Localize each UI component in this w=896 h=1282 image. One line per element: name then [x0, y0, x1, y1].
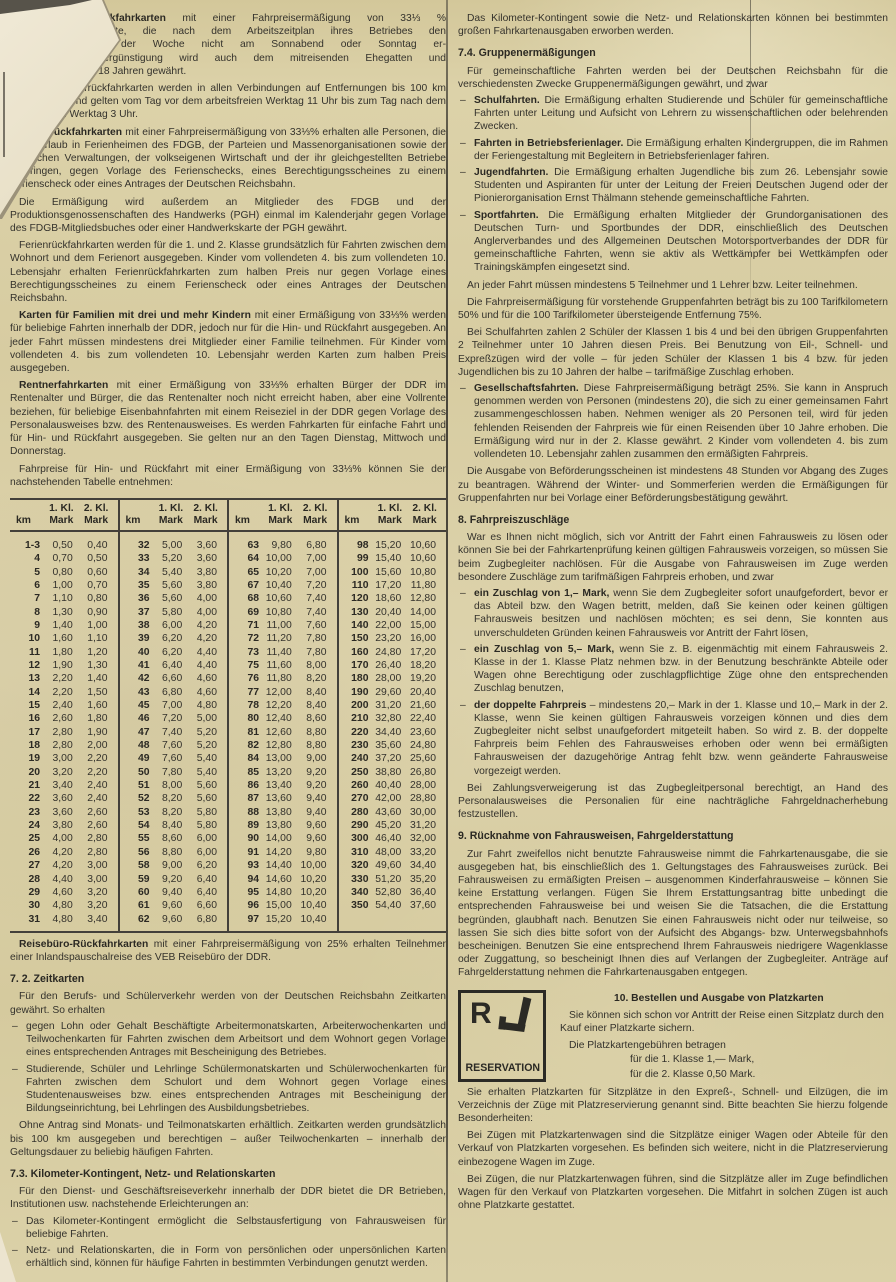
fare-km-cell: 10 — [14, 632, 44, 645]
fare-table-rows: 1-30,500,4040,700,5050,800,6061,000,7071… — [10, 532, 118, 931]
fare-km-cell: 260 — [343, 779, 373, 792]
fare-price-1kl-cell: 10,20 — [263, 566, 298, 579]
fare-price-2kl-cell: 3,00 — [79, 873, 114, 886]
fare-km-cell: 65 — [233, 566, 263, 579]
fare-table-row: 487,605,20 — [124, 739, 224, 752]
fare-price-1kl-cell: 2,40 — [44, 699, 79, 712]
paragraph: Rentnerfahrkarten mit einer Ermäßigung v… — [10, 379, 446, 458]
fare-header-class2: 2. Kl. — [407, 503, 442, 515]
fare-price-1kl-cell: 51,20 — [373, 873, 408, 886]
fare-table-header: 1. Kl.2. Kl.kmMarkMark — [229, 500, 337, 532]
fare-table-row: 32049,6034,40 — [343, 859, 443, 872]
fare-table-row: 629,606,80 — [124, 913, 224, 926]
fare-price-1kl-cell: 1,60 — [44, 632, 79, 645]
fare-km-cell: 38 — [124, 619, 154, 632]
fare-price-2kl-cell: 4,20 — [188, 632, 223, 645]
dash-item: –Das Kilometer-Kontingent ermöglicht die… — [10, 1215, 446, 1241]
fare-table-row: 7812,208,40 — [233, 699, 333, 712]
fare-km-cell: 240 — [343, 752, 373, 765]
fare-table-row: 20031,2021,60 — [343, 699, 443, 712]
fare-price-1kl-cell: 5,00 — [154, 539, 189, 552]
fare-price-2kl-cell: 5,60 — [188, 792, 223, 805]
fare-price-2kl-cell: 6,80 — [298, 539, 333, 552]
fare-table-row: 7511,608,00 — [233, 659, 333, 672]
fare-table-row: 243,802,60 — [14, 819, 114, 832]
fare-table-row: 436,804,60 — [124, 686, 224, 699]
fare-price-1kl-cell: 5,20 — [154, 552, 189, 565]
fare-price-2kl-cell: 1,40 — [79, 672, 114, 685]
fare-km-cell: 280 — [343, 806, 373, 819]
stamp-letter: R — [470, 999, 492, 1029]
fare-table-group: 1. Kl.2. Kl.kmMarkMark325,003,60335,203,… — [118, 500, 228, 931]
fare-price-1kl-cell: 8,20 — [154, 792, 189, 805]
fare-price-1kl-cell: 11,20 — [263, 632, 298, 645]
fare-price-1kl-cell: 8,00 — [154, 779, 189, 792]
fare-price-1kl-cell: 13,60 — [263, 792, 298, 805]
fare-table-row: 8513,209,20 — [233, 766, 333, 779]
fare-price-1kl-cell: 9,80 — [263, 539, 298, 552]
fare-price-1kl-cell: 31,20 — [373, 699, 408, 712]
fare-table-row: 17026,4018,20 — [343, 659, 443, 672]
fare-km-cell: 300 — [343, 832, 373, 845]
fare-km-cell: 15 — [14, 699, 44, 712]
fare-price-1kl-cell: 7,80 — [154, 766, 189, 779]
fare-km-cell: 47 — [124, 726, 154, 739]
fare-price-1kl-cell: 8,80 — [154, 846, 189, 859]
fare-price-2kl-cell: 3,60 — [188, 539, 223, 552]
fare-km-cell: 4 — [14, 552, 44, 565]
fare-km-cell: 93 — [233, 859, 263, 872]
fare-km-cell: 35 — [124, 579, 154, 592]
fare-price-1kl-cell: 4,20 — [44, 846, 79, 859]
fare-table-row: 497,605,40 — [124, 752, 224, 765]
fare-header-km: km — [124, 515, 154, 527]
fare-km-cell: 27 — [14, 859, 44, 872]
fare-price-2kl-cell: 8,80 — [298, 739, 333, 752]
fare-km-cell: 100 — [343, 566, 373, 579]
fare-table-row: 22034,4023,60 — [343, 726, 443, 739]
fare-table-row: 568,806,00 — [124, 846, 224, 859]
paragraph: Das Kilometer-Kontingent sowie die Netz-… — [458, 12, 888, 38]
fare-table-row: 8212,808,80 — [233, 739, 333, 752]
fare-price-1kl-cell: 2,80 — [44, 739, 79, 752]
dash-mark: – — [12, 1244, 18, 1257]
fare-km-cell: 8 — [14, 606, 44, 619]
fare-table-row: 9314,4010,00 — [233, 859, 333, 872]
fare-km-cell: 270 — [343, 792, 373, 805]
fare-table-row: 9114,209,80 — [233, 846, 333, 859]
fare-price-2kl-cell: 0,90 — [79, 606, 114, 619]
fare-price-2kl-cell: 36,40 — [407, 886, 442, 899]
section-heading: 7.3. Kilometer-Kontingent, Netz- und Rel… — [10, 1168, 446, 1181]
fare-km-cell: 90 — [233, 832, 263, 845]
fare-price-1kl-cell: 10,80 — [263, 606, 298, 619]
fare-price-1kl-cell: 11,80 — [263, 672, 298, 685]
dash-lead: Schulfahrten. — [474, 95, 544, 106]
paragraph-lead: Karten für Familien mit drei und mehr Ki… — [19, 310, 255, 321]
fare-price-1kl-cell: 3,60 — [44, 792, 79, 805]
fare-table-row: 7311,407,80 — [233, 646, 333, 659]
fare-table-row: 27042,0028,80 — [343, 792, 443, 805]
fare-km-cell: 25 — [14, 832, 44, 845]
fare-price-1kl-cell: 2,80 — [44, 726, 79, 739]
fare-table-row: 23035,6024,80 — [343, 739, 443, 752]
fare-price-1kl-cell: 10,40 — [263, 579, 298, 592]
fare-km-cell: 67 — [233, 579, 263, 592]
paragraph: Bei Zahlungsverweigerung ist das Zugbegl… — [458, 782, 888, 822]
paragraph: Ohne Antrag sind Monats- und Teilmonatsk… — [10, 1119, 446, 1159]
fare-price-2kl-cell: 10,40 — [298, 899, 333, 912]
fare-price-1kl-cell: 45,20 — [373, 819, 408, 832]
fare-table-row: 386,004,20 — [124, 619, 224, 632]
dash-mark: – — [12, 1215, 18, 1228]
fare-table-row: 548,405,80 — [124, 819, 224, 832]
fare-price-2kl-cell: 8,80 — [298, 726, 333, 739]
fare-price-2kl-cell: 5,20 — [188, 726, 223, 739]
fare-price-2kl-cell: 4,00 — [188, 606, 223, 619]
fare-km-cell: 190 — [343, 686, 373, 699]
fare-price-2kl-cell: 28,00 — [407, 779, 442, 792]
seat-icon — [494, 995, 540, 1043]
dash-item: –ein Zuschlag von 5,– Mark, wenn Sie z. … — [458, 643, 888, 696]
fare-table-rows: 9815,2010,609915,4010,6010015,6010,80110… — [339, 532, 447, 918]
fare-km-cell: 11 — [14, 646, 44, 659]
fare-price-2kl-cell: 5,20 — [188, 739, 223, 752]
fare-price-2kl-cell: 15,00 — [407, 619, 442, 632]
fare-table-row: 152,401,60 — [14, 699, 114, 712]
fare-header-row: 1. Kl.2. Kl. — [233, 503, 333, 515]
fare-table-row: 639,806,80 — [233, 539, 333, 552]
fare-table-row: 8012,408,60 — [233, 712, 333, 725]
fare-table-row: 61,000,70 — [14, 579, 114, 592]
fare-table-row: 264,202,80 — [14, 846, 114, 859]
fare-km-cell: 48 — [124, 739, 154, 752]
fare-table-row: 558,606,00 — [124, 832, 224, 845]
fare-price-2kl-cell: 1,80 — [79, 712, 114, 725]
fare-table-row: 294,603,20 — [14, 886, 114, 899]
fare-table-row: 29045,2031,20 — [343, 819, 443, 832]
fare-km-cell: 160 — [343, 646, 373, 659]
fare-km-cell: 63 — [233, 539, 263, 552]
fare-table-group: 1. Kl.2. Kl.kmMarkMark1-30,500,4040,700,… — [10, 500, 118, 931]
fare-table-rows: 325,003,60335,203,60345,403,80355,603,80… — [120, 532, 228, 931]
fare-price-1kl-cell: 26,40 — [373, 659, 408, 672]
fare-price-2kl-cell: 35,20 — [407, 873, 442, 886]
fare-price-1kl-cell: 1,90 — [44, 659, 79, 672]
fare-table-row: 375,804,00 — [124, 606, 224, 619]
fare-price-2kl-cell: 6,00 — [188, 832, 223, 845]
fare-price-2kl-cell: 6,60 — [188, 899, 223, 912]
fare-km-cell: 350 — [343, 899, 373, 912]
fare-km-cell: 170 — [343, 659, 373, 672]
fare-price-2kl-cell: 6,40 — [188, 873, 223, 886]
fare-price-1kl-cell: 49,60 — [373, 859, 408, 872]
fare-price-2kl-cell: 5,00 — [188, 712, 223, 725]
fare-header-class2: 2. Kl. — [298, 503, 333, 515]
paragraph: Die Ermäßigung wird außerdem an Mitglied… — [10, 196, 446, 236]
fare-price-2kl-cell: 3,80 — [188, 566, 223, 579]
fare-price-1kl-cell: 11,60 — [263, 659, 298, 672]
fare-km-cell: 81 — [233, 726, 263, 739]
fare-table-row: 91,401,00 — [14, 619, 114, 632]
fare-price-1kl-cell: 23,20 — [373, 632, 408, 645]
fare-km-cell: 96 — [233, 899, 263, 912]
fare-km-cell: 50 — [124, 766, 154, 779]
fare-table-row: 172,801,90 — [14, 726, 114, 739]
fare-price-1kl-cell: 12,60 — [263, 726, 298, 739]
fare-price-2kl-cell: 4,40 — [188, 659, 223, 672]
fare-header-row: 1. Kl.2. Kl. — [343, 503, 443, 515]
fare-table-row: 6710,407,20 — [233, 579, 333, 592]
fare-table-row: 14022,0015,00 — [343, 619, 443, 632]
fare-table-header: 1. Kl.2. Kl.kmMarkMark — [10, 500, 118, 532]
fare-price-1kl-cell: 15,20 — [373, 539, 408, 552]
fare-header-row: kmMarkMark — [343, 515, 443, 527]
fare-price-2kl-cell: 2,20 — [79, 766, 114, 779]
fare-table-row: 193,002,20 — [14, 752, 114, 765]
dash-lead: Sportfahrten. — [474, 210, 548, 221]
paragraph: Sie erhalten Platzkarten für Sitzplätze … — [458, 1086, 888, 1126]
fare-price-1kl-cell: 7,40 — [154, 726, 189, 739]
fare-km-cell: 49 — [124, 752, 154, 765]
fare-header-row: kmMarkMark — [124, 515, 224, 527]
fare-price-2kl-cell: 26,80 — [407, 766, 442, 779]
paragraph: Karten für Familien mit drei und mehr Ki… — [10, 309, 446, 375]
fare-km-cell: 29 — [14, 886, 44, 899]
fare-price-2kl-cell: 2,80 — [79, 832, 114, 845]
fare-table-row: 10015,6010,80 — [343, 566, 443, 579]
fare-table-row: 111,801,20 — [14, 646, 114, 659]
fare-price-2kl-cell: 1,10 — [79, 632, 114, 645]
fare-price-2kl-cell: 18,20 — [407, 659, 442, 672]
fare-table-row: 619,606,60 — [124, 899, 224, 912]
fare-km-cell: 46 — [124, 712, 154, 725]
platzkarten-section: R RESERVATION 10. Bestellen und Ausgabe … — [458, 990, 888, 1082]
fare-price-1kl-cell: 6,80 — [154, 686, 189, 699]
fare-price-2kl-cell: 7,00 — [298, 566, 333, 579]
fare-price-1kl-cell: 1,10 — [44, 592, 79, 605]
fare-price-1kl-cell: 3,00 — [44, 752, 79, 765]
fare-price-1kl-cell: 9,00 — [154, 859, 189, 872]
fare-table-row: 6810,607,40 — [233, 592, 333, 605]
paragraph: Für den Berufs- und Schülerverkehr werde… — [10, 990, 446, 1016]
fare-price-1kl-cell: 12,20 — [263, 699, 298, 712]
fare-price-2kl-cell: 30,00 — [407, 806, 442, 819]
fare-price-2kl-cell: 8,60 — [298, 712, 333, 725]
fare-km-cell: 18 — [14, 739, 44, 752]
fare-table-row: 7211,207,80 — [233, 632, 333, 645]
fare-km-cell: 41 — [124, 659, 154, 672]
fare-header-class2: 2. Kl. — [79, 503, 114, 515]
fare-km-cell: 71 — [233, 619, 263, 632]
fare-price-2kl-cell: 9,20 — [298, 779, 333, 792]
fare-price-1kl-cell: 14,80 — [263, 886, 298, 899]
fare-table-row: 8413,009,00 — [233, 752, 333, 765]
fare-price-2kl-cell: 4,60 — [188, 686, 223, 699]
fare-price-1kl-cell: 15,40 — [373, 552, 408, 565]
fare-header-spacer — [233, 503, 263, 515]
fare-header-km: km — [233, 515, 263, 527]
fare-price-1kl-cell: 43,60 — [373, 806, 408, 819]
dash-item: –Schulfahrten. Die Ermäßigung erhalten S… — [458, 94, 888, 134]
fare-header-km: km — [343, 515, 373, 527]
fare-table-row: 213,402,40 — [14, 779, 114, 792]
fare-table-row: 18028,0019,20 — [343, 672, 443, 685]
fare-table-row: 426,604,60 — [124, 672, 224, 685]
fare-km-cell: 36 — [124, 592, 154, 605]
fare-table-row: 24037,2025,60 — [343, 752, 443, 765]
fare-table-row: 528,205,60 — [124, 792, 224, 805]
fare-km-cell: 64 — [233, 552, 263, 565]
fare-price-1kl-cell: 20,40 — [373, 606, 408, 619]
fare-km-cell: 26 — [14, 846, 44, 859]
fare-price-1kl-cell: 24,80 — [373, 646, 408, 659]
fare-price-2kl-cell: 1,30 — [79, 659, 114, 672]
dash-mark: – — [460, 166, 466, 179]
dash-item: –gegen Lohn oder Gehalt Beschäftigte Arb… — [10, 1020, 446, 1060]
fare-price-2kl-cell: 37,60 — [407, 899, 442, 912]
column-divider — [446, 0, 448, 1282]
fare-km-cell: 43 — [124, 686, 154, 699]
fare-km-cell: 9 — [14, 619, 44, 632]
fare-price-2kl-cell: 9,00 — [298, 752, 333, 765]
fare-km-cell: 61 — [124, 899, 154, 912]
fare-km-cell: 97 — [233, 913, 263, 926]
fare-price-2kl-cell: 4,80 — [188, 699, 223, 712]
fare-km-cell: 31 — [14, 913, 44, 926]
fare-table-row: 609,406,40 — [124, 886, 224, 899]
fare-price-1kl-cell: 12,00 — [263, 686, 298, 699]
fare-km-cell: 290 — [343, 819, 373, 832]
fare-km-cell: 77 — [233, 686, 263, 699]
fare-km-cell: 56 — [124, 846, 154, 859]
fare-price-1kl-cell: 2,20 — [44, 686, 79, 699]
fare-km-cell: 37 — [124, 606, 154, 619]
fare-price-1kl-cell: 8,40 — [154, 819, 189, 832]
fare-price-1kl-cell: 11,40 — [263, 646, 298, 659]
fare-km-cell: 5 — [14, 566, 44, 579]
fare-km-cell: 140 — [343, 619, 373, 632]
fare-table-row: 26040,4028,00 — [343, 779, 443, 792]
fare-table-row: 345,403,80 — [124, 566, 224, 579]
dash-item: –Studierende, Schüler und Lehrlinge Schü… — [10, 1063, 446, 1116]
fare-price-2kl-cell: 10,80 — [407, 566, 442, 579]
fare-km-cell: 1-3 — [14, 539, 44, 552]
fare-price-2kl-cell: 8,20 — [298, 672, 333, 685]
fare-table-row: 13020,4014,00 — [343, 606, 443, 619]
fare-price-1kl-cell: 22,00 — [373, 619, 408, 632]
fare-price-2kl-cell: 17,20 — [407, 646, 442, 659]
fare-km-cell: 250 — [343, 766, 373, 779]
fare-price-1kl-cell: 14,20 — [263, 846, 298, 859]
fare-price-1kl-cell: 11,00 — [263, 619, 298, 632]
fare-price-2kl-cell: 6,80 — [188, 913, 223, 926]
fare-km-cell: 84 — [233, 752, 263, 765]
paragraph: Bei Schulfahrten zahlen 2 Schüler der Kl… — [458, 326, 888, 379]
fare-price-1kl-cell: 2,60 — [44, 712, 79, 725]
fare-table-row: 21032,8022,40 — [343, 712, 443, 725]
fare-price-1kl-cell: 17,20 — [373, 579, 408, 592]
fare-km-cell: 52 — [124, 792, 154, 805]
fare-table-row: 11017,2011,80 — [343, 579, 443, 592]
fare-table-row: 50,800,60 — [14, 566, 114, 579]
fare-table-row: 467,205,00 — [124, 712, 224, 725]
paragraph-lead: Rentnerfahrkarten — [19, 380, 117, 391]
fare-price-2kl-cell: 0,40 — [79, 539, 114, 552]
fare-header-row: kmMarkMark — [14, 515, 114, 527]
fare-price-2kl-cell: 1,50 — [79, 686, 114, 699]
fare-header-class1: 1. Kl. — [373, 503, 408, 515]
dash-mark: – — [460, 699, 466, 712]
fare-table: 1. Kl.2. Kl.kmMarkMark1-30,500,4040,700,… — [10, 498, 446, 933]
section-heading: 7. 2. Zeitkarten — [10, 973, 446, 986]
fare-header-mark: Mark — [263, 515, 298, 527]
fare-km-cell: 130 — [343, 606, 373, 619]
fare-price-1kl-cell: 13,20 — [263, 766, 298, 779]
fare-price-1kl-cell: 15,60 — [373, 566, 408, 579]
fare-price-1kl-cell: 54,40 — [373, 899, 408, 912]
fare-price-2kl-cell: 3,40 — [79, 913, 114, 926]
fare-km-cell: 22 — [14, 792, 44, 805]
fare-price-2kl-cell: 2,80 — [79, 846, 114, 859]
fare-price-1kl-cell: 4,60 — [44, 886, 79, 899]
fare-km-cell: 110 — [343, 579, 373, 592]
fare-table-row: 477,405,20 — [124, 726, 224, 739]
fare-price-2kl-cell: 34,40 — [407, 859, 442, 872]
dash-item: –Sportfahrten. Die Ermäßigung erhalten M… — [458, 209, 888, 275]
section-heading: 8. Fahrpreiszuschläge — [458, 514, 888, 527]
fare-price-1kl-cell: 18,60 — [373, 592, 408, 605]
fare-price-1kl-cell: 5,40 — [154, 566, 189, 579]
fare-price-2kl-cell: 1,00 — [79, 619, 114, 632]
stamp-label: RESERVATION — [466, 1062, 539, 1075]
fare-price-2kl-cell: 32,00 — [407, 832, 442, 845]
fare-header-class2: 2. Kl. — [188, 503, 223, 515]
fare-price-1kl-cell: 14,60 — [263, 873, 298, 886]
fare-table-row: 233,602,60 — [14, 806, 114, 819]
fare-price-1kl-cell: 9,40 — [154, 886, 189, 899]
fare-price-2kl-cell: 9,60 — [298, 832, 333, 845]
fare-km-cell: 40 — [124, 646, 154, 659]
fare-price-1kl-cell: 6,20 — [154, 632, 189, 645]
fare-price-2kl-cell: 9,80 — [298, 846, 333, 859]
dash-lead: Gesellschaftsfahrten. — [474, 383, 584, 394]
fare-price-2kl-cell: 31,20 — [407, 819, 442, 832]
fare-table-row: 314,803,40 — [14, 913, 114, 926]
dash-mark: – — [460, 643, 466, 656]
fare-table-row: 274,203,00 — [14, 859, 114, 872]
fare-price-1kl-cell: 34,40 — [373, 726, 408, 739]
fare-km-cell: 60 — [124, 886, 154, 899]
fare-price-2kl-cell: 22,40 — [407, 712, 442, 725]
fare-price-2kl-cell: 1,60 — [79, 699, 114, 712]
fare-km-cell: 14 — [14, 686, 44, 699]
fare-header-spacer — [124, 503, 154, 515]
fare-price-2kl-cell: 11,80 — [407, 579, 442, 592]
fare-price-1kl-cell: 0,50 — [44, 539, 79, 552]
fare-table-row: 457,004,80 — [124, 699, 224, 712]
fare-table-row: 325,003,60 — [124, 539, 224, 552]
fare-price-2kl-cell: 7,40 — [298, 606, 333, 619]
fare-km-cell: 7 — [14, 592, 44, 605]
fare-price-2kl-cell: 2,40 — [79, 792, 114, 805]
fare-km-cell: 12 — [14, 659, 44, 672]
fare-km-cell: 87 — [233, 792, 263, 805]
fare-km-cell: 88 — [233, 806, 263, 819]
fare-price-2kl-cell: 9,20 — [298, 766, 333, 779]
fare-price-2kl-cell: 3,20 — [79, 899, 114, 912]
fare-header-class1: 1. Kl. — [263, 503, 298, 515]
